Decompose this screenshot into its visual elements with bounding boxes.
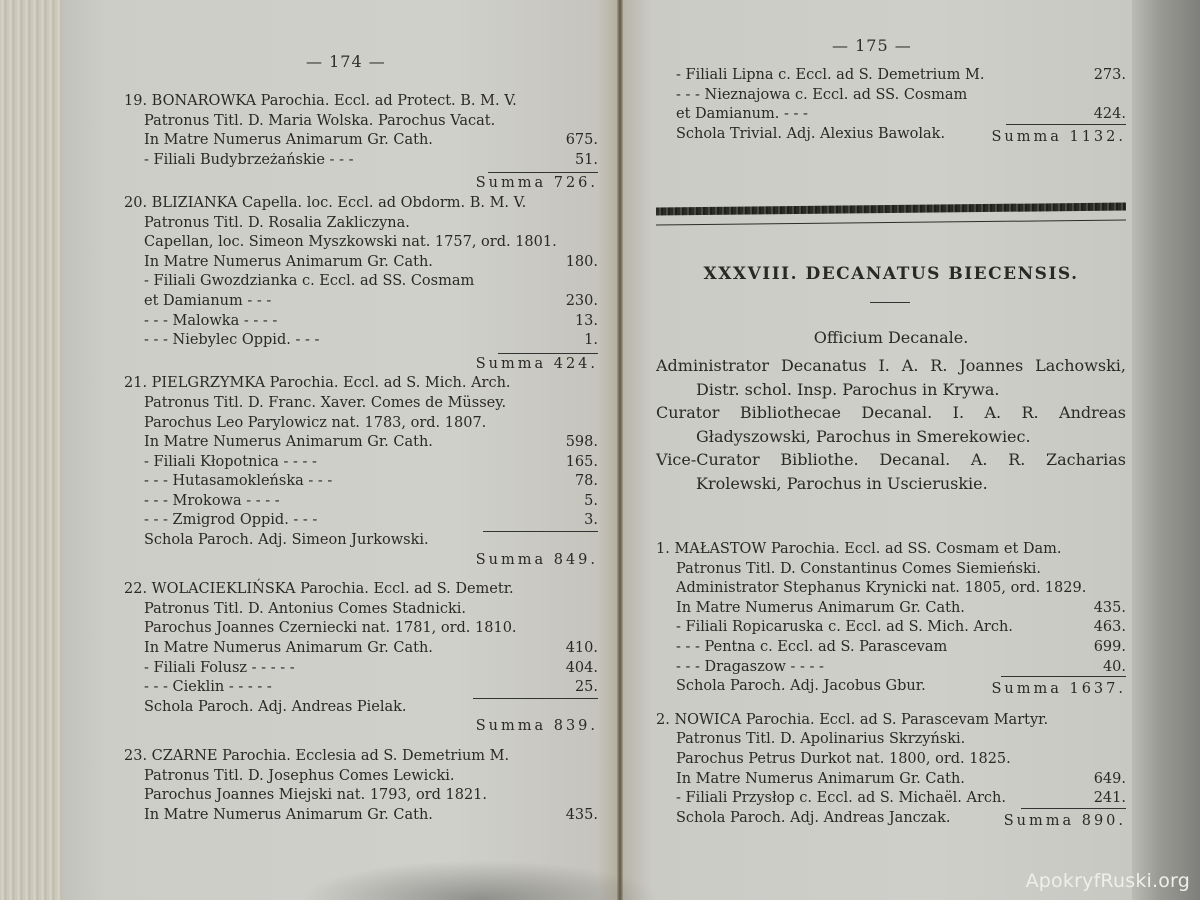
entry-line: Patronus Titl. D. Franc. Xaver. Comes de… (124, 394, 598, 414)
summa: Summa 424. (476, 355, 598, 375)
entry-line: - Filiali Folusz - - - - -404. (124, 659, 598, 679)
entry-line: Schola Paroch. Adj. Andreas Pielak. (124, 698, 598, 718)
entry-line: - - - Malowka - - - -13. (124, 312, 598, 332)
count-value: 435. (566, 806, 598, 826)
book-gutter (617, 0, 623, 900)
summa: Summa 1132. (991, 128, 1126, 148)
entry-line: Schola Trivial. Adj. Alexius Bawolak.Sum… (656, 125, 1126, 145)
open-book: — 174 — 19. BONAROWKA Parochia. Eccl. ad… (0, 0, 1200, 900)
entry-line: Parochus Joannes Miejski nat. 1793, ord … (124, 786, 598, 806)
count-value: 40. (1103, 658, 1126, 678)
parish-entry: 20. BLIZIANKA Capella. loc. Eccl. ad Obd… (124, 194, 598, 374)
entry-heading: 23. CZARNE Parochia. Ecclesia ad S. Deme… (124, 747, 598, 767)
officium-entry: Administrator Decanatus I. A. R. Joannes… (656, 354, 1126, 401)
entry-line: Capellan, loc. Simeon Myszkowski nat. 17… (124, 233, 598, 253)
count-value: 51. (575, 151, 598, 171)
parish-entry: 1. MAŁASTOW Parochia. Eccl. ad SS. Cosma… (656, 540, 1126, 697)
count-value: 241. (1094, 789, 1126, 809)
entry-line: - Filiali Przysłop c. Eccl. ad S. Michaë… (656, 789, 1126, 809)
entry-line: - - - Pentna c. Eccl. ad S. Parascevam69… (656, 638, 1126, 658)
entry-heading: 19. BONAROWKA Parochia. Eccl. ad Protect… (124, 92, 598, 112)
entry-line: Patronus Titl. D. Constantinus Comes Sie… (656, 560, 1126, 580)
entry-line: - Filiali Ropicaruska c. Eccl. ad S. Mic… (656, 618, 1126, 638)
count-value: 699. (1094, 638, 1126, 658)
summa-rule (473, 698, 598, 699)
entry-line: et Damianum. - - -424. (656, 105, 1126, 125)
entry-heading: 22. WOLACIEKLIŃSKA Parochia. Eccl. ad S.… (124, 580, 598, 600)
summa-rule (488, 172, 598, 173)
summa-line: Summa 839. (124, 717, 598, 737)
entry-line: - - - Mrokowa - - - -5. (124, 492, 598, 512)
entry-heading: 21. PIELGRZYMKA Parochia. Eccl. ad S. Mi… (124, 374, 598, 394)
officium-entry: Vice-Curator Bibliothe. Decanal. A. R. Z… (656, 448, 1126, 495)
parish-entry: 23. CZARNE Parochia. Ecclesia ad S. Deme… (124, 747, 598, 825)
shadow (300, 860, 660, 900)
entry-line: Parochus Petrus Durkot nat. 1800, ord. 1… (656, 750, 1126, 770)
page-number-right: — 175 — (832, 36, 912, 55)
right-page-entries: 1. MAŁASTOW Parochia. Eccl. ad SS. Cosma… (656, 540, 1126, 828)
entry-line: Parochus Leo Parylowicz nat. 1783, ord. … (124, 414, 598, 434)
entry-line: Patronus Titl. D. Antonius Comes Stadnic… (124, 600, 598, 620)
entry-line: Patronus Titl. D. Maria Wolska. Parochus… (124, 112, 598, 132)
entry-line: - - - Nieznajowa c. Eccl. ad SS. Cosmam (656, 86, 1126, 106)
summa-rule (1001, 676, 1126, 677)
deanery-title: XXXVIII. DECANATUS BIECENSIS. (656, 264, 1126, 284)
entry-heading: 2. NOWICA Parochia. Eccl. ad S. Parascev… (656, 711, 1126, 731)
officium-list: Administrator Decanatus I. A. R. Joannes… (656, 354, 1126, 495)
entry-heading: 1. MAŁASTOW Parochia. Eccl. ad SS. Cosma… (656, 540, 1126, 560)
count-value: 649. (1094, 770, 1126, 790)
count-value: 273. (1094, 66, 1126, 86)
entry-line: et Damianum - - -230. (124, 292, 598, 312)
entry-line: Administrator Stephanus Krynicki nat. 18… (656, 579, 1126, 599)
parish-entry: 21. PIELGRZYMKA Parochia. Eccl. ad S. Mi… (124, 374, 598, 570)
entry-line: - Filiali Gwozdzianka c. Eccl. ad SS. Co… (124, 272, 598, 292)
entry-line: - Filiali Budybrzeżańskie - - -51. (124, 151, 598, 171)
entry-line: In Matre Numerus Animarum Gr. Cath.410. (124, 639, 598, 659)
count-value: 410. (566, 639, 598, 659)
count-value: 78. (575, 472, 598, 492)
count-value: 25. (575, 678, 598, 698)
entry-line: In Matre Numerus Animarum Gr. Cath.180. (124, 253, 598, 273)
count-value: 675. (566, 131, 598, 151)
count-value: 13. (575, 312, 598, 332)
summa: Summa 726. (476, 174, 598, 194)
summa: Summa 839. (476, 717, 598, 737)
summa-rule (498, 353, 598, 354)
count-value: 5. (584, 492, 598, 512)
count-value: 463. (1094, 618, 1126, 638)
entry-line: - Filiali Kłopotnica - - - -165. (124, 453, 598, 473)
entry-line: Patronus Titl. D. Josephus Comes Lewicki… (124, 767, 598, 787)
entry-line: Schola Paroch. Adj. Andreas Janczak.Summ… (656, 809, 1126, 829)
entry-heading: 20. BLIZIANKA Capella. loc. Eccl. ad Obd… (124, 194, 598, 214)
entry-line: Schola Paroch. Adj. Simeon Jurkowski. (124, 531, 598, 551)
entry-line: In Matre Numerus Animarum Gr. Cath.435. (124, 806, 598, 826)
count-value: 3. (584, 511, 598, 531)
entry-line: Patronus Titl. D. Apolinarius Skrzyński. (656, 730, 1126, 750)
summa-line: Summa 424. (124, 355, 598, 375)
entry-line: In Matre Numerus Animarum Gr. Cath.598. (124, 433, 598, 453)
page-stack-left-edge (0, 0, 68, 900)
count-value: 1. (584, 331, 598, 351)
page-stack-right-edge (1132, 0, 1200, 900)
entry-line: In Matre Numerus Animarum Gr. Cath.435. (656, 599, 1126, 619)
entry-line: Patronus Titl. D. Rosalia Zakliczyna. (124, 214, 598, 234)
count-value: 424. (1094, 105, 1126, 125)
summa-rule (1006, 124, 1126, 125)
entry-line: - - - Cieklin - - - - -25. (124, 678, 598, 698)
summa: Summa 890. (1004, 812, 1126, 832)
left-page-content: 19. BONAROWKA Parochia. Eccl. ad Protect… (124, 92, 598, 825)
summa-rule (483, 531, 598, 532)
summa-line: Summa 726. (124, 174, 598, 194)
title-underline (870, 302, 910, 303)
summa-line: Summa 849. (124, 551, 598, 571)
page-number-left: — 174 — (306, 52, 386, 71)
count-value: 165. (566, 453, 598, 473)
count-value: 230. (566, 292, 598, 312)
right-page-continuation: - Filiali Lipna c. Eccl. ad S. Demetrium… (656, 66, 1126, 144)
count-value: 435. (1094, 599, 1126, 619)
entry-line: - - - Niebylec Oppid. - - -1. (124, 331, 598, 351)
entry-line: In Matre Numerus Animarum Gr. Cath.649. (656, 770, 1126, 790)
entry-line: Parochus Joannes Czerniecki nat. 1781, o… (124, 619, 598, 639)
parish-entry: 2. NOWICA Parochia. Eccl. ad S. Parascev… (656, 711, 1126, 829)
count-value: 180. (566, 253, 598, 273)
summa: Summa 1637. (991, 680, 1126, 700)
entry-line: In Matre Numerus Animarum Gr. Cath.675. (124, 131, 598, 151)
entry-line: - Filiali Lipna c. Eccl. ad S. Demetrium… (656, 66, 1126, 86)
count-value: 404. (566, 659, 598, 679)
entry-line: - - - Zmigrod Oppid. - - -3. (124, 511, 598, 531)
entry-line: - - - Hutasamokleńska - - -78. (124, 472, 598, 492)
summa-rule (1021, 808, 1126, 809)
count-value: 598. (566, 433, 598, 453)
parish-entry: 22. WOLACIEKLIŃSKA Parochia. Eccl. ad S.… (124, 580, 598, 737)
officium-heading: Officium Decanale. (656, 328, 1126, 347)
entry-line: - - - Dragaszow - - - -40. (656, 658, 1126, 678)
entry-line: Schola Paroch. Adj. Jacobus Gbur.Summa 1… (656, 677, 1126, 697)
watermark: ApokryfRuski.org (1026, 870, 1190, 892)
parish-entry: 19. BONAROWKA Parochia. Eccl. ad Protect… (124, 92, 598, 194)
officium-entry: Curator Bibliothecae Decanal. I. A. R. A… (656, 401, 1126, 448)
summa: Summa 849. (476, 551, 598, 571)
